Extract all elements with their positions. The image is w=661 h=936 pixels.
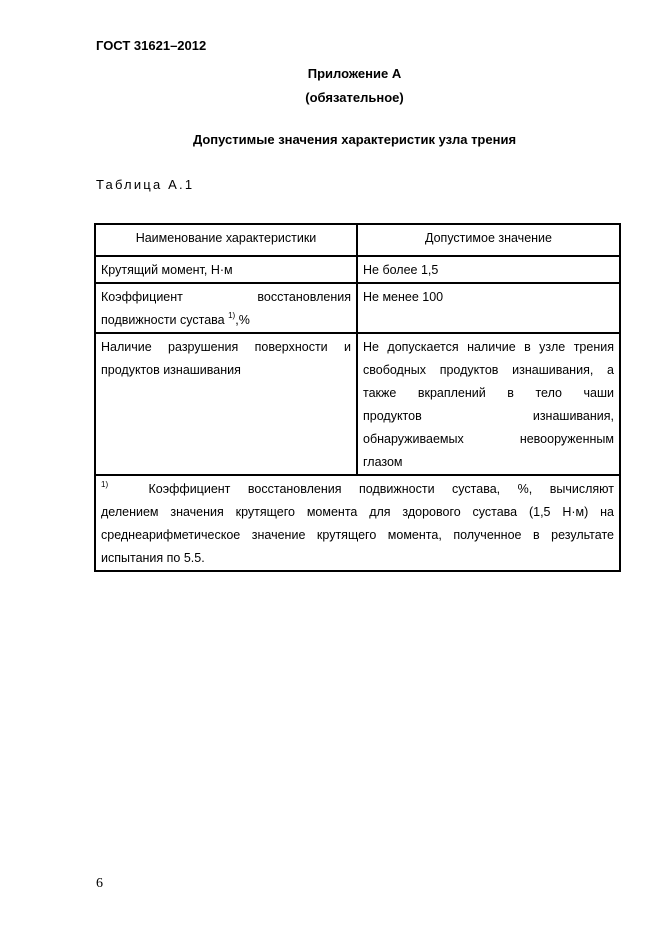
appendix-status: (обязательное) (0, 90, 661, 105)
cell-name: Наличие разрушения поверхности и продукт… (95, 333, 357, 475)
table-footnote: 1) Коэффициент восстановления подвижност… (95, 475, 620, 571)
cell-line: также вкраплений в тело чаши (363, 382, 614, 405)
cell-line: свободных продуктов изнашивания, а (363, 359, 614, 382)
cell-value: Не менее 100 (357, 283, 620, 333)
column-header-value: Допустимое значение (357, 224, 620, 256)
cell-value: Не более 1,5 (357, 256, 620, 283)
cell-text: Не менее 100 (363, 290, 443, 304)
cell-text: Не более 1,5 (363, 263, 438, 277)
appendix-title: Приложение А (0, 66, 661, 81)
cell-name: Крутящий момент, Н·м (95, 256, 357, 283)
cell-line: глазом (363, 451, 614, 474)
cell-line: продуктов изнашивания (101, 359, 351, 382)
cell-line: Не допускается наличие в узле трения (363, 336, 614, 359)
footnote-line: среднеарифметическое значение крутящего … (101, 524, 614, 547)
cell-line: обнаруживаемых невооруженным (363, 428, 614, 451)
table-footnote-row: 1) Коэффициент восстановления подвижност… (95, 475, 620, 571)
footnote-line: 1) Коэффициент восстановления подвижност… (101, 478, 614, 501)
cell-value: Не допускается наличие в узле трения сво… (357, 333, 620, 475)
table-row: Крутящий момент, Н·м Не более 1,5 (95, 256, 620, 283)
table-row: Наличие разрушения поверхности и продукт… (95, 333, 620, 475)
cell-line: Коэффициент восстановления (101, 286, 351, 309)
characteristics-table: Наименование характеристики Допустимое з… (94, 223, 621, 572)
cell-line: продуктов изнашивания, (363, 405, 614, 428)
footnote-text: Коэффициент восстановления подвижности с… (149, 482, 614, 496)
column-header-name: Наименование характеристики (95, 224, 357, 256)
cell-name: Коэффициент восстановления подвижности с… (95, 283, 357, 333)
cell-text: Крутящий момент, Н·м (101, 263, 233, 277)
table-caption: Таблица А.1 (96, 177, 194, 192)
footnote-line: испытания по 5.5. (101, 547, 614, 570)
section-heading: Допустимые значения характеристик узла т… (0, 132, 661, 147)
page-number: 6 (96, 876, 103, 892)
footnote-marker: 1) (101, 480, 108, 489)
table-header-row: Наименование характеристики Допустимое з… (95, 224, 620, 256)
table-row: Коэффициент восстановления подвижности с… (95, 283, 620, 333)
cell-line: подвижности сустава (101, 313, 225, 327)
cell-line: Наличие разрушения поверхности и (101, 336, 351, 359)
footnote-line: делением значения крутящего момента для … (101, 501, 614, 524)
document-id: ГОСТ 31621–2012 (96, 38, 206, 53)
cell-suffix: ,% (235, 313, 250, 327)
